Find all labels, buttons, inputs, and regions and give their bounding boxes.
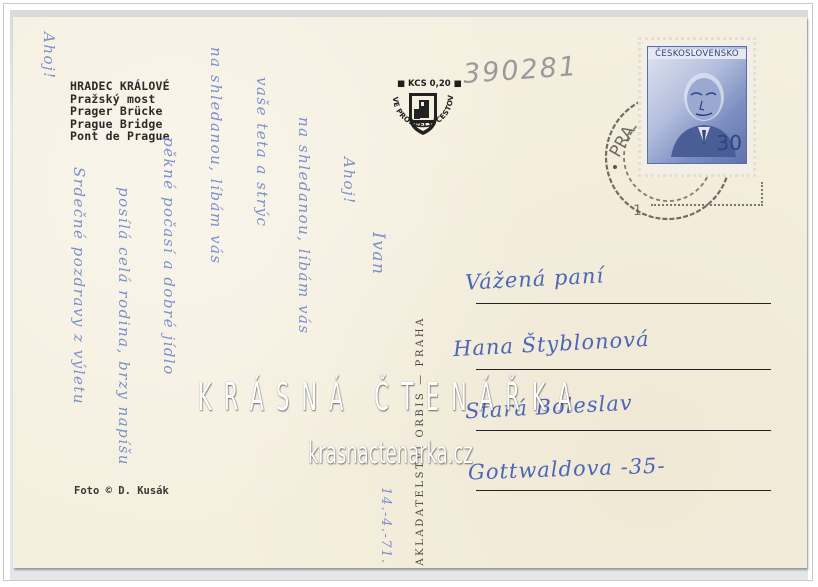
caption-city: HRADEC KRÁLOVÉ [70,80,170,93]
message-line: Srdečné pozdravy z výletu [70,167,88,405]
caption-line: Pont de Prague [70,130,170,143]
postcard: HRADEC KRÁLOVÉ Pražský most Prager Brück… [13,17,807,568]
message-line: na shledanou, líbám vás [295,117,313,335]
address-line-2: Hana Štyblonová [453,327,651,361]
stamp-country: ČESKOSLOVENSKO [648,49,746,59]
castle-emblem-icon: VE PROSPĚCH CESTOVNÍHO RUCHU [383,77,463,157]
address-rule [476,430,771,431]
caption-line: Prager Brücke [70,105,170,118]
message-line: vaše teta a strýc [253,77,271,227]
message-signature: Ivan [368,232,388,275]
message-greeting: Ahoj! [340,157,358,205]
address-rule [476,369,771,370]
address-line-1: Vážená paní [464,263,604,294]
emblem-price: ■ KCS 0,20 ■ [397,79,462,89]
address-rule [476,303,771,304]
message-line: pěkné počasí a dobré jídlo [160,137,178,376]
address-line-4: Gottwaldova -35- [468,454,666,485]
message-date: 14.-4.-71. [378,487,393,565]
address-rule [476,490,771,491]
message-line: na shledanou, líbám vás [207,47,225,265]
inventory-number: 390281 [462,51,579,90]
stamp-perforation-mark [651,182,763,206]
message-line: posílá celá rodina, brzy napíšu [115,187,133,466]
photo-credit: Foto © D. Kusák [74,485,169,497]
tourism-emblem: ■ KCS 0,20 ■ VE PROSPĚCH CESTOVNÍHO RUCH… [383,77,463,157]
message-line: Ahoj! [40,32,58,80]
postage-stamp: ČESKOSLOVENSKO 30 [638,37,756,177]
postcard-caption: HRADEC KRÁLOVÉ Pražský most Prager Brück… [70,80,170,143]
watermark-title: KRÁSNÁ ČTENÁŘKA [198,375,584,419]
watermark-url: krasnactenarka.cz [308,436,473,471]
svg-text:1: 1 [633,203,642,219]
stamp-value: 30 [717,131,742,155]
